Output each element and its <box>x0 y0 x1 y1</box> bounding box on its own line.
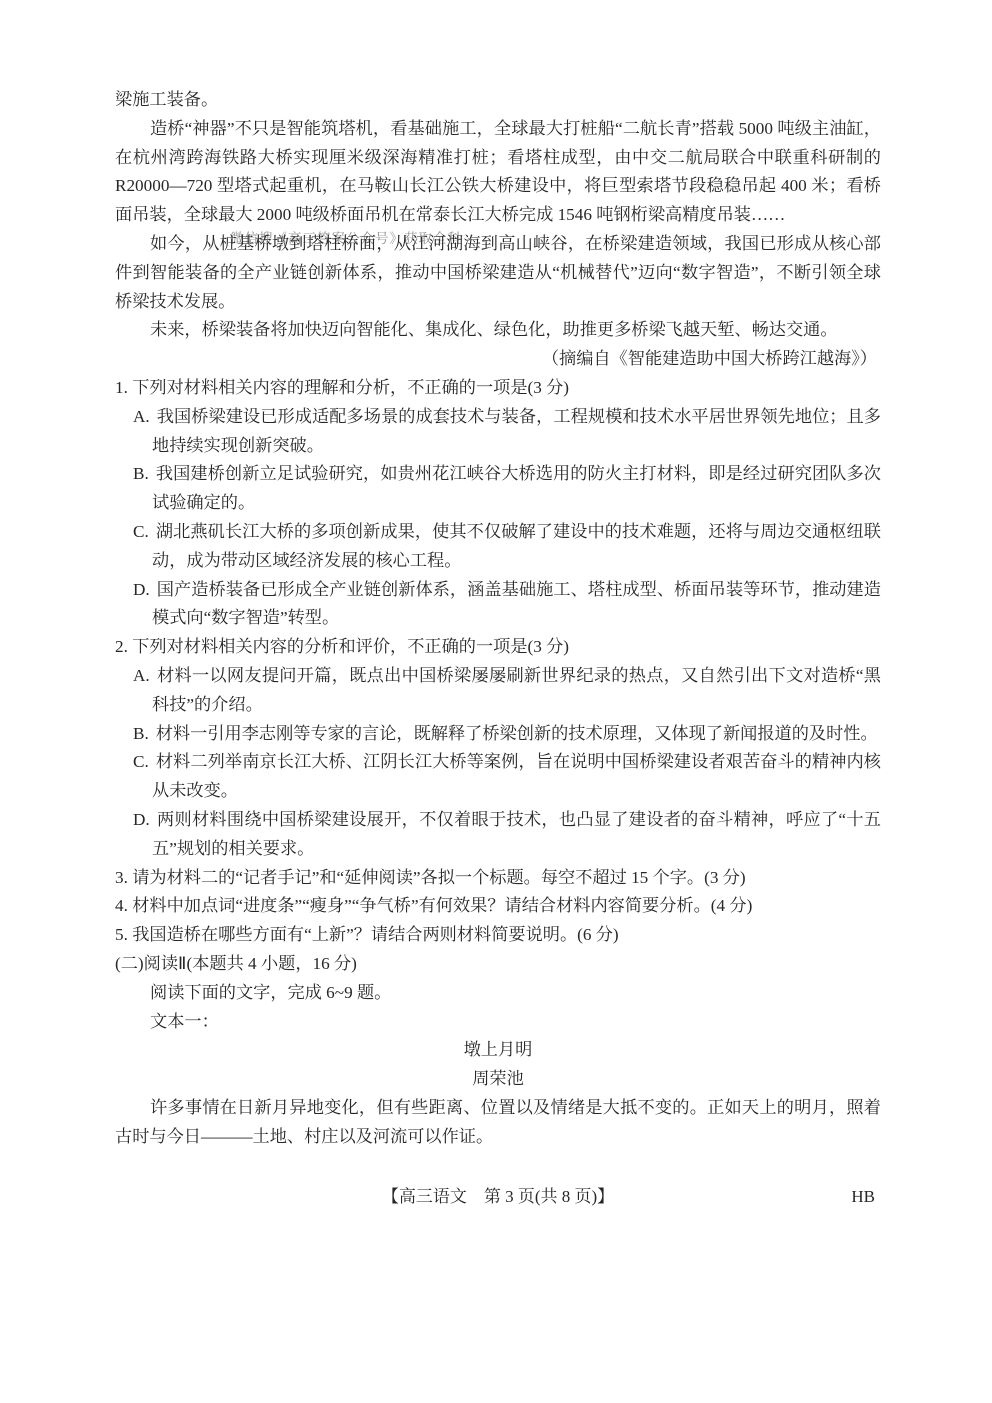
reading-instruction: 阅读下面的文字，完成 6~9 题。 <box>115 979 881 1008</box>
question-4: 4. 材料中加点词“进度条”“瘦身”“争气桥”有何效果？请结合材料内容简要分析。… <box>115 892 881 921</box>
question-1-option-d: D.国产造桥装备已形成全产业链创新体系，涵盖基础施工、塔柱成型、桥面吊装等环节，… <box>133 576 881 634</box>
paragraph-continuation: 梁施工装备。 <box>115 86 881 115</box>
essay-author: 周荣池 <box>115 1065 881 1094</box>
page-footer: 【高三语文 第 3 页(共 8 页)】 HB <box>115 1185 881 1209</box>
option-label: D. <box>133 810 150 829</box>
question-2: 2. 下列对材料相关内容的分析和评价，不正确的一项是(3 分) <box>115 633 881 662</box>
material-paragraph-1: 造桥“神器”不只是智能筑塔机，看基础施工，全球最大打桩船“二航长青”搭载 500… <box>115 115 881 230</box>
option-label: A. <box>133 407 150 426</box>
page-content: 梁施工装备。 造桥“神器”不只是智能筑塔机，看基础施工，全球最大打桩船“二航长青… <box>115 86 881 1151</box>
option-label: C. <box>133 752 149 771</box>
question-3: 3. 请为材料二的“记者手记”和“延伸阅读”各拟一个标题。每空不超过 15 个字… <box>115 864 881 893</box>
question-1-option-c: C.湖北燕矶长江大桥的多项创新成果，使其不仅破解了建设中的技术难题，还将与周边交… <box>133 518 881 576</box>
exam-page: 微信搜《高三答案公众号》获取全科 梁施工装备。 造桥“神器”不只是智能筑塔机，看… <box>0 0 992 1403</box>
option-label: B. <box>133 464 149 483</box>
footer-version-code: HB <box>851 1185 875 1209</box>
option-text: 两则材料围绕中国桥梁建设展开，不仅着眼于技术，也凸显了建设者的奋斗精神，呼应了“… <box>152 810 881 858</box>
option-text: 材料一以网友提问开篇，既点出中国桥梁屡屡刷新世界纪录的热点，又自然引出下文对造桥… <box>152 666 881 714</box>
question-2-option-b: B.材料一引用李志刚等专家的言论，既解释了桥梁创新的技术原理，又体现了新闻报道的… <box>133 720 881 749</box>
essay-paragraph-1: 许多事情在日新月异地变化，但有些距离、位置以及情绪是大抵不变的。正如天上的明月，… <box>115 1094 881 1152</box>
option-text: 湖北燕矶长江大桥的多项创新成果，使其不仅破解了建设中的技术难题，还将与周边交通枢… <box>152 522 881 570</box>
question-2-option-a: A.材料一以网友提问开篇，既点出中国桥梁屡屡刷新世界纪录的热点，又自然引出下文对… <box>133 662 881 720</box>
option-label: B. <box>133 724 149 743</box>
option-text: 材料二列举南京长江大桥、江阴长江大桥等案例，旨在说明中国桥梁建设者艰苦奋斗的精神… <box>152 752 881 800</box>
question-2-option-d: D.两则材料围绕中国桥梁建设展开，不仅着眼于技术，也凸显了建设者的奋斗精神，呼应… <box>133 806 881 864</box>
material-paragraph-3: 未来，桥梁装备将加快迈向智能化、集成化、绿色化，助推更多桥梁飞越天堑、畅达交通。 <box>115 316 881 345</box>
option-label: A. <box>133 666 150 685</box>
option-text: 我国建桥创新立足试验研究，如贵州花江峡谷大桥选用的防火主打材料，即是经过研究团队… <box>152 464 881 512</box>
option-text: 我国桥梁建设已形成适配多场景的成套技术与装备，工程规模和技术水平居世界领先地位；… <box>152 407 881 455</box>
question-2-option-c: C.材料二列举南京长江大桥、江阴长江大桥等案例，旨在说明中国桥梁建设者艰苦奋斗的… <box>133 748 881 806</box>
section-heading-reading-2: (二)阅读Ⅱ(本题共 4 小题，16 分) <box>115 950 881 979</box>
option-label: C. <box>133 522 149 541</box>
text-one-label: 文本一： <box>115 1008 881 1037</box>
option-label: D. <box>133 580 150 599</box>
material-paragraph-2: 如今，从桩基桥墩到塔柱桥面，从江河湖海到高山峡谷，在桥梁建造领域，我国已形成从核… <box>115 230 881 316</box>
option-text: 国产造桥装备已形成全产业链创新体系，涵盖基础施工、塔柱成型、桥面吊装等环节，推动… <box>152 580 881 628</box>
question-1-option-b: B.我国建桥创新立足试验研究，如贵州花江峡谷大桥选用的防火主打材料，即是经过研究… <box>133 460 881 518</box>
source-attribution: （摘编自《智能建造助中国大桥跨江越海》） <box>115 345 881 374</box>
essay-title: 墩上月明 <box>115 1036 881 1065</box>
question-1-option-a: A.我国桥梁建设已形成适配多场景的成套技术与装备，工程规模和技术水平居世界领先地… <box>133 403 881 461</box>
footer-page-label: 【高三语文 第 3 页(共 8 页)】 <box>382 1187 614 1206</box>
question-1: 1. 下列对材料相关内容的理解和分析，不正确的一项是(3 分) <box>115 374 881 403</box>
option-text: 材料一引用李志刚等专家的言论，既解释了桥梁创新的技术原理，又体现了新闻报道的及时… <box>156 724 878 743</box>
question-5: 5. 我国造桥在哪些方面有“上新”？请结合两则材料简要说明。(6 分) <box>115 921 881 950</box>
